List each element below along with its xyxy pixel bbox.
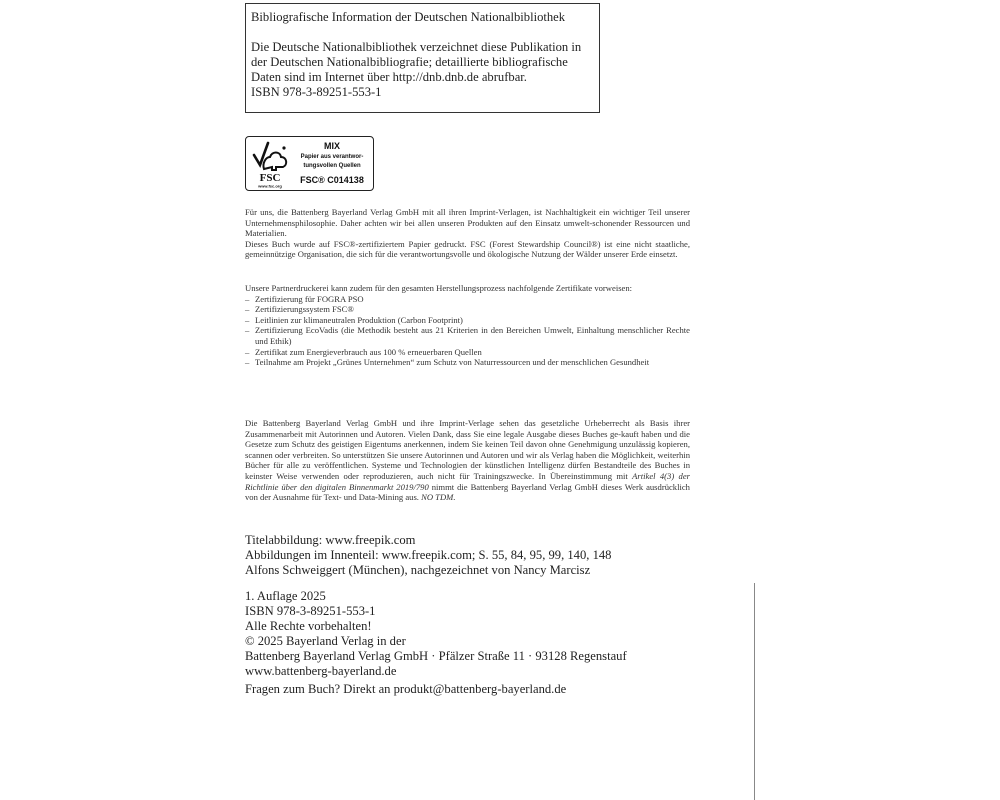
credit-line: Titelabbildung: www.freepik.com: [245, 533, 611, 548]
credit-line: Abbildungen im Innenteil: www.freepik.co…: [245, 548, 611, 563]
publisher-address: Battenberg Bayerland Verlag GmbH · Pfälz…: [245, 649, 627, 664]
certificates-list: Zertifizierung für FOGRA PSO Zertifizier…: [245, 294, 690, 368]
svg-text:www.fsc.org: www.fsc.org: [257, 184, 282, 189]
dnb-bibliographic-info-box: Bibliografische Information der Deutsche…: [245, 3, 600, 113]
certificate-item: Zertifizierung EcoVadis (die Methodik be…: [245, 325, 690, 346]
sustainability-statement: Für uns, die Battenberg Bayerland Verlag…: [245, 207, 690, 260]
fsc-license-code: FSC® C014138: [292, 175, 372, 186]
fsc-paragraph: Dieses Buch wurde auf FSC®-zertifizierte…: [245, 239, 690, 260]
copyright-notice: Die Battenberg Bayerland Verlag GmbH und…: [245, 418, 690, 503]
dnb-line: der Deutschen Nationalbibliografie; deta…: [251, 55, 599, 70]
dnb-title: Bibliografische Information der Deutsche…: [251, 10, 599, 25]
page-edge-divider: [754, 583, 755, 800]
isbn: ISBN 978-3-89251-553-1: [245, 604, 627, 619]
copyright-line: © 2025 Bayerland Verlag in der: [245, 634, 627, 649]
credit-line: Alfons Schweiggert (München), nachgezeic…: [245, 563, 611, 578]
sustainability-paragraph: Für uns, die Battenberg Bayerland Verlag…: [245, 207, 690, 239]
certificate-item: Zertifikat zum Energieverbrauch aus 100 …: [245, 347, 690, 358]
copyright-text: Die Battenberg Bayerland Verlag GmbH und…: [245, 418, 690, 481]
fsc-source-line: Papier aus verantwor-: [292, 154, 372, 161]
imprint: 1. Auflage 2025 ISBN 978-3-89251-553-1 A…: [245, 589, 627, 697]
dnb-line: Die Deutsche Nationalbibliothek verzeich…: [251, 40, 599, 55]
fsc-source-line: tungsvollen Quellen: [292, 163, 372, 170]
no-tdm-label: NO TDM.: [421, 492, 455, 502]
certificate-item: Zertifizierung für FOGRA PSO: [245, 294, 690, 305]
fsc-label: FSC www.fsc.org MIX Papier aus verantwor…: [245, 136, 374, 191]
svg-text:FSC: FSC: [260, 172, 281, 184]
image-credits: Titelabbildung: www.freepik.com Abbildun…: [245, 533, 611, 578]
dnb-line: Daten sind im Internet über http://dnb.d…: [251, 70, 599, 85]
rights-reserved: Alle Rechte vorbehalten!: [245, 619, 627, 634]
publisher-website: www.battenberg-bayerland.de: [245, 664, 627, 679]
certificate-item: Teilnahme am Projekt „Grünes Unternehmen…: [245, 357, 690, 368]
certificates-section: Unsere Partnerdruckerei kann zudem für d…: [245, 283, 690, 368]
certificate-item: Leitlinien zur klimaneutralen Produktion…: [245, 315, 690, 326]
fsc-mix: MIX: [292, 141, 372, 152]
certificate-item: Zertifizierungssystem FSC®: [245, 304, 690, 315]
certificates-intro: Unsere Partnerdruckerei kann zudem für d…: [245, 283, 690, 294]
fsc-tree-checkmark-icon: FSC www.fsc.org: [250, 139, 290, 189]
contact-line: Fragen zum Buch? Direkt an produkt@batte…: [245, 682, 627, 697]
edition: 1. Auflage 2025: [245, 589, 627, 604]
dnb-isbn: ISBN 978-3-89251-553-1: [251, 85, 599, 100]
